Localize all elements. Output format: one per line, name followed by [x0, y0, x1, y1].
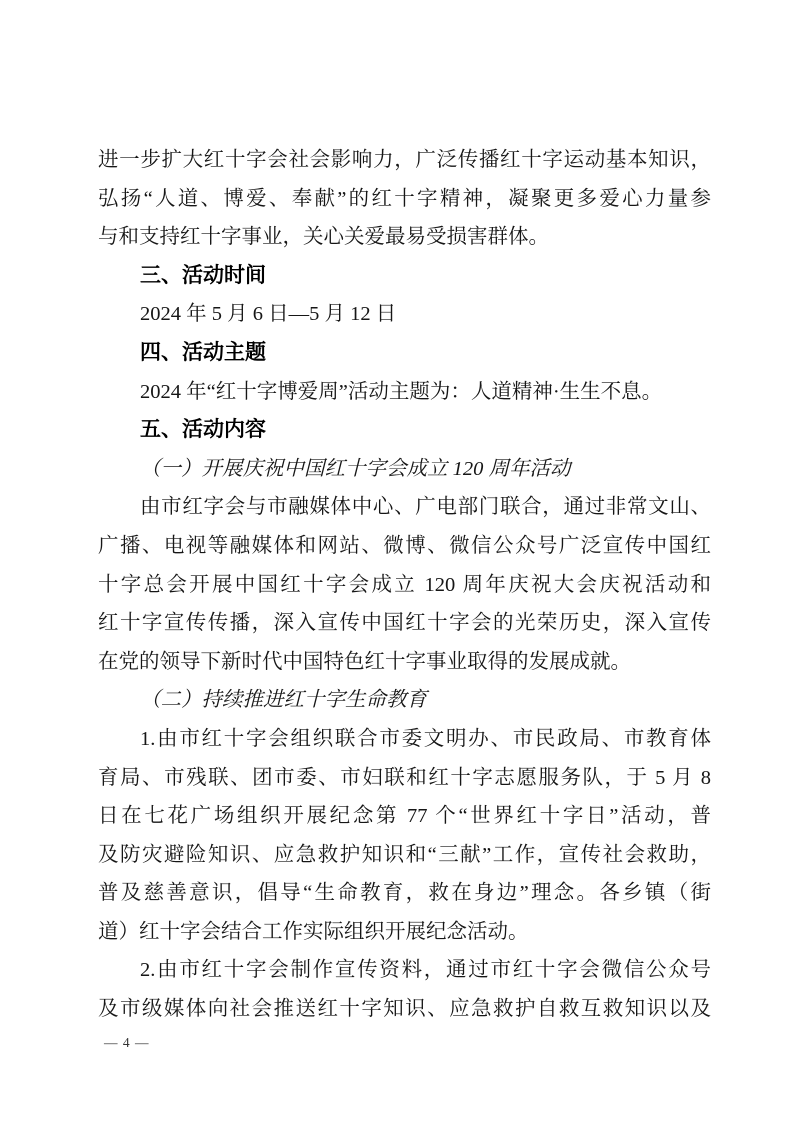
paragraph-line: 2.由市红十字会制作宣传资料，通过市红十字会微信公众号 [98, 951, 711, 990]
paragraph-line: 红十字宣传传播，深入宣传中国红十字会的光荣历史，深入宣传 [98, 604, 711, 643]
paragraph-line: 道）红十字会结合工作实际组织开展纪念活动。 [98, 913, 711, 952]
paragraph-line: 2024 年 5 月 6 日—5 月 12 日 [98, 295, 711, 334]
paragraph-line: 2024 年“红十字博爱周”活动主题为：人道精神·生生不息。 [98, 373, 711, 412]
paragraph-line: 由市红字会与市融媒体中心、广电部门联合，通过非常文山、 [98, 488, 711, 527]
paragraph-line: 育局、市残联、团市委、市妇联和红十字志愿服务队，于 5 月 8 [98, 759, 711, 798]
paragraph-line: 与和支持红十字事业，关心关爱最易受损害群体。 [98, 218, 711, 257]
paragraph-line: 日在七花广场组织开展纪念第 77 个“世界红十字日”活动，普 [98, 797, 711, 836]
subsection-heading: （一）开展庆祝中国红十字会成立 120 周年活动 [98, 450, 711, 489]
subsection-heading: （二）持续推进红十字生命教育 [98, 681, 711, 720]
document-page: 进一步扩大红十字会社会影响力，广泛传播红十字运动基本知识， 弘扬“人道、博爱、奉… [0, 0, 794, 1122]
section-heading-3: 三、活动时间 [98, 257, 711, 296]
paragraph-line: 十字总会开展中国红十字会成立 120 周年庆祝大会庆祝活动和 [98, 566, 711, 605]
paragraph-line: 普及慈善意识，倡导“生命教育，救在身边”理念。各乡镇（街 [98, 874, 711, 913]
paragraph-line: 及市级媒体向社会推送红十字知识、应急救护自救互救知识以及 [98, 990, 711, 1029]
document-body: 进一步扩大红十字会社会影响力，广泛传播红十字运动基本知识， 弘扬“人道、博爱、奉… [98, 141, 711, 1029]
section-heading-4: 四、活动主题 [98, 334, 711, 373]
section-heading-5: 五、活动内容 [98, 411, 711, 450]
paragraph-line: 进一步扩大红十字会社会影响力，广泛传播红十字运动基本知识， [98, 141, 711, 180]
page-number: — 4 — [104, 1035, 150, 1051]
paragraph-line: 广播、电视等融媒体和网站、微博、微信公众号广泛宣传中国红 [98, 527, 711, 566]
paragraph-line: 在党的领导下新时代中国特色红十字事业取得的发展成就。 [98, 643, 711, 682]
paragraph-line: 及防灾避险知识、应急救护知识和“三献”工作，宣传社会救助， [98, 836, 711, 875]
paragraph-line: 1.由市红十字会组织联合市委文明办、市民政局、市教育体 [98, 720, 711, 759]
paragraph-line: 弘扬“人道、博爱、奉献”的红十字精神，凝聚更多爱心力量参 [98, 180, 711, 219]
